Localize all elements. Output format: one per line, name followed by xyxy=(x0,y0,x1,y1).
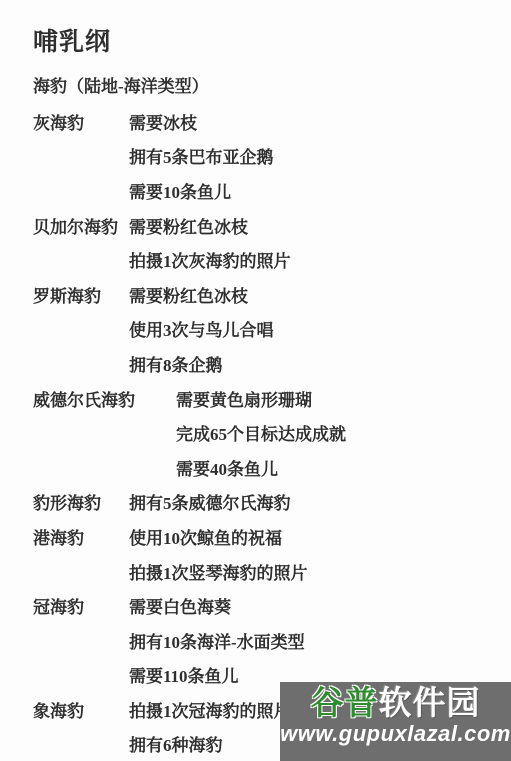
page: 哺乳纲 海豹（陆地-海洋类型） 灰海豹 需要冰枝 拥有5条巴布亚企鹅 需要10条… xyxy=(0,0,511,761)
requirement-text: 拍摄1次灰海豹的照片 xyxy=(129,247,291,272)
seal-name: 威德尔氏海豹 xyxy=(33,386,176,411)
requirement-text: 需要10条鱼儿 xyxy=(129,178,231,203)
seal-name: 豹形海豹 xyxy=(33,489,129,514)
requirement-text: 需要110条鱼儿 xyxy=(129,662,239,687)
table-row: 港海豹 使用10次鲸鱼的祝福 xyxy=(33,519,511,554)
seal-name: 象海豹 xyxy=(33,697,129,722)
seal-name: 冠海豹 xyxy=(33,593,129,618)
requirement-text: 拍摄1次冠海豹的照片 xyxy=(129,697,291,722)
seal-requirements-list: 灰海豹 需要冰枝 拥有5条巴布亚企鹅 需要10条鱼儿 贝加尔海豹 需要粉红色冰枝… xyxy=(33,104,511,761)
table-row: 豹形海豹 拥有5条威德尔氏海豹 xyxy=(33,485,511,520)
page-title: 哺乳纲 xyxy=(33,22,111,58)
requirement-text: 完成65个目标达成成就 xyxy=(176,420,346,445)
requirement-text: 需要粉红色冰枝 xyxy=(129,213,248,238)
requirement-text: 使用3次与鸟儿合唱 xyxy=(129,316,274,341)
watermark-logo-green-text: 谷普 xyxy=(311,684,379,721)
table-row: 拍摄1次竖琴海豹的照片 xyxy=(33,554,511,589)
section-heading: 海豹（陆地-海洋类型） xyxy=(33,72,209,97)
watermark-logo-white-text: 软件园 xyxy=(379,684,481,721)
table-row: 拥有10条海洋-水面类型 xyxy=(33,623,511,658)
table-row: 需要40条鱼儿 xyxy=(33,450,511,485)
table-row: 需要10条鱼儿 xyxy=(33,173,511,208)
seal-name: 灰海豹 xyxy=(33,109,129,134)
requirement-text: 需要冰枝 xyxy=(129,109,197,134)
table-row: 完成65个目标达成成就 xyxy=(33,415,511,450)
requirement-text: 需要白色海葵 xyxy=(129,593,231,618)
requirement-text: 拥有8条企鹅 xyxy=(129,351,223,376)
requirement-text: 拥有10条海洋-水面类型 xyxy=(129,628,305,653)
table-row: 罗斯海豹 需要粉红色冰枝 xyxy=(33,277,511,312)
requirement-text: 拥有5条巴布亚企鹅 xyxy=(129,143,274,168)
watermark-logo: 谷普软件园 xyxy=(311,685,481,721)
table-row: 冠海豹 需要白色海葵 xyxy=(33,588,511,623)
requirement-text: 拍摄1次竖琴海豹的照片 xyxy=(129,559,308,584)
requirement-text: 拥有5条威德尔氏海豹 xyxy=(129,489,291,514)
seal-name: 港海豹 xyxy=(33,524,129,549)
table-row: 拥有8条企鹅 xyxy=(33,346,511,381)
watermark-url: www.gupuxlazal.com xyxy=(280,721,511,747)
table-row: 威德尔氏海豹 需要黄色扇形珊瑚 xyxy=(33,381,511,416)
seal-name: 贝加尔海豹 xyxy=(33,213,129,238)
table-row: 拥有5条巴布亚企鹅 xyxy=(33,139,511,174)
requirement-text: 需要40条鱼儿 xyxy=(176,455,278,480)
watermark: 谷普软件园 www.gupuxlazal.com xyxy=(280,682,511,761)
table-row: 贝加尔海豹 需要粉红色冰枝 xyxy=(33,208,511,243)
requirement-text: 需要粉红色冰枝 xyxy=(129,282,248,307)
table-row: 灰海豹 需要冰枝 xyxy=(33,104,511,139)
table-row: 使用3次与鸟儿合唱 xyxy=(33,312,511,347)
requirement-text: 使用10次鲸鱼的祝福 xyxy=(129,524,282,549)
requirement-text: 拥有6种海豹 xyxy=(129,731,223,756)
table-row: 拍摄1次灰海豹的照片 xyxy=(33,242,511,277)
requirement-text: 需要黄色扇形珊瑚 xyxy=(176,386,312,411)
seal-name: 罗斯海豹 xyxy=(33,282,129,307)
